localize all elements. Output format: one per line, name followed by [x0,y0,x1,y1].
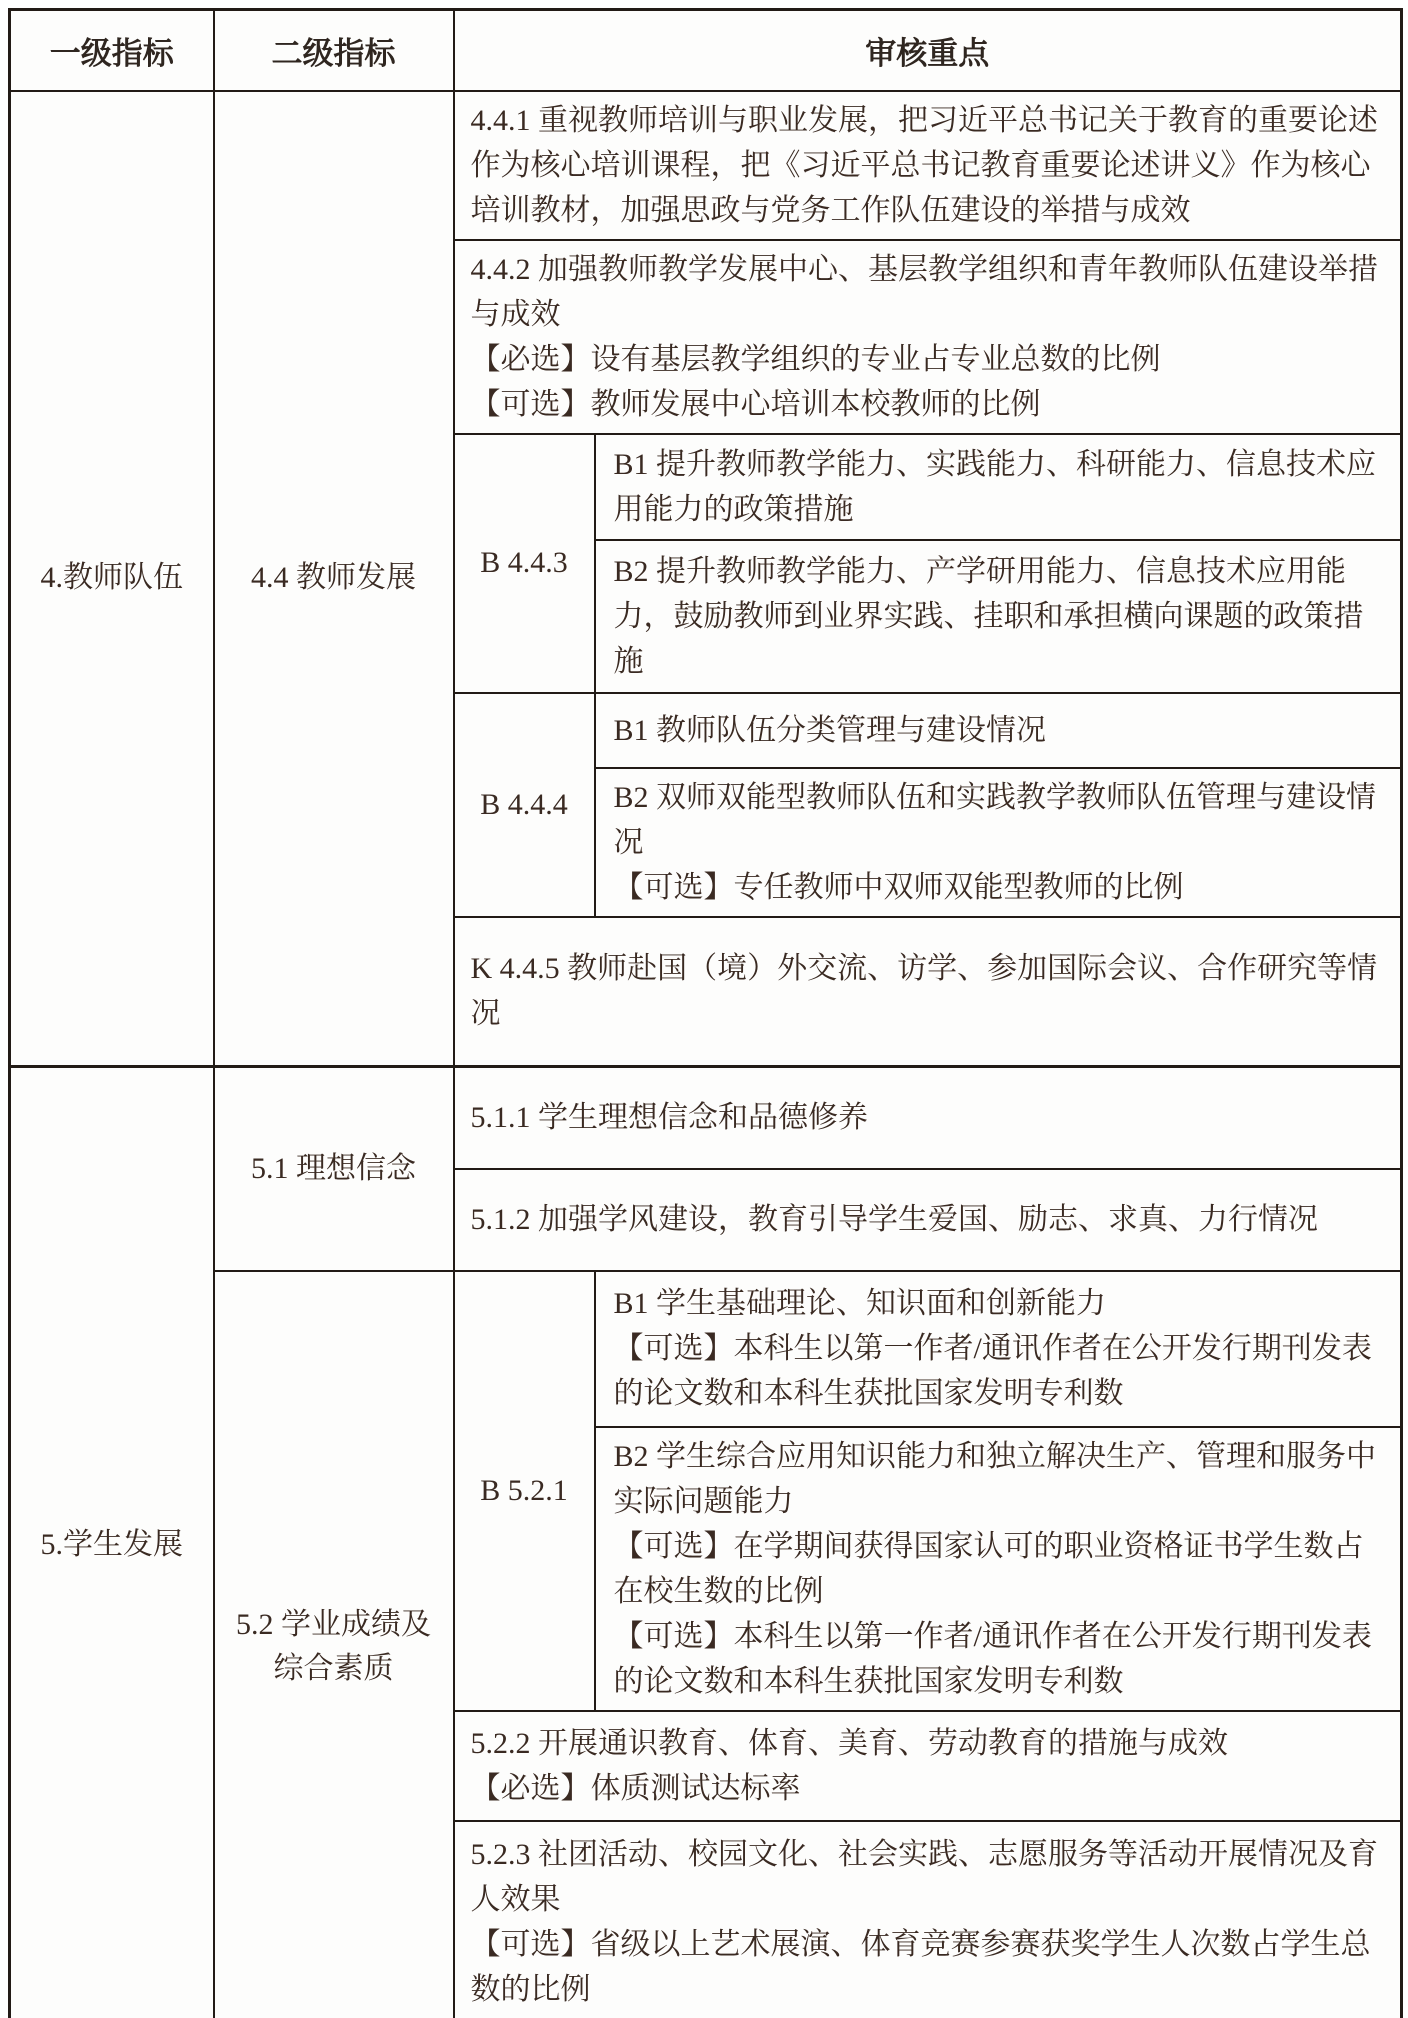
row-521-b1: 5.2 学业成绩及 综合素质 B 5.2.1 B1 学生基础理论、知识面和创新能… [10,1271,1402,1427]
audit-item-521-b2: B2 学生综合应用知识能力和独立解决生产、管理和服务中实际问题能力 【可选】在学… [595,1427,1402,1711]
audit-item-445: K 4.4.5 教师赴国（境）外交流、访学、参加国际会议、合作研究等情况 [454,917,1402,1067]
header-level1-indicator: 一级指标 [10,10,214,91]
audit-item-443-b1: B1 提升教师教学能力、实践能力、科研能力、信息技术应用能力的政策措施 [595,434,1402,540]
audit-item-441: 4.4.1 重视教师培训与职业发展，把习近平总书记关于教育的重要论述作为核心培训… [454,91,1402,240]
level1-teacher-team: 4.教师队伍 [10,91,214,1067]
audit-item-444-b1: B1 教师队伍分类管理与建设情况 [595,693,1402,768]
header-level2-indicator: 二级指标 [214,10,454,91]
audit-item-522: 5.2.2 开展通识教育、体育、美育、劳动教育的措施与成效 【必选】体质测试达标… [454,1711,1402,1821]
label-b443: B 4.4.3 [454,434,595,693]
header-audit-focus: 审核重点 [454,10,1402,91]
label-b521: B 5.2.1 [454,1271,595,1711]
row-511: 5.学生发展 5.1 理想信念 5.1.1 学生理想信念和品德修养 [10,1067,1402,1169]
level1-student-development: 5.学生发展 [10,1067,214,2018]
review-focus-table: 一级指标 二级指标 审核重点 4.教师队伍 4.4 教师发展 4.4.1 重视教… [8,8,1403,2018]
row-441: 4.教师队伍 4.4 教师发展 4.4.1 重视教师培训与职业发展，把习近平总书… [10,91,1402,240]
level2-teacher-development: 4.4 教师发展 [214,91,454,1067]
label-b444: B 4.4.4 [454,693,595,917]
table-header-row: 一级指标 二级指标 审核重点 [10,10,1402,91]
audit-item-523: 5.2.3 社团活动、校园文化、社会实践、志愿服务等活动开展情况及育人效果 【可… [454,1821,1402,2018]
level2-academic-quality: 5.2 学业成绩及 综合素质 [214,1271,454,2018]
level2-ideals-beliefs: 5.1 理想信念 [214,1067,454,1271]
audit-item-521-b1: B1 学生基础理论、知识面和创新能力 【可选】本科生以第一作者/通讯作者在公开发… [595,1271,1402,1427]
audit-item-444-b2: B2 双师双能型教师队伍和实践教学教师队伍管理与建设情况 【可选】专任教师中双师… [595,768,1402,917]
audit-item-442: 4.4.2 加强教师教学发展中心、基层教学组织和青年教师队伍建设举措与成效 【必… [454,240,1402,434]
audit-item-443-b2: B2 提升教师教学能力、产学研用能力、信息技术应用能力，鼓励教师到业界实践、挂职… [595,540,1402,693]
audit-item-512: 5.1.2 加强学风建设，教育引导学生爱国、励志、求真、力行情况 [454,1169,1402,1271]
audit-item-511: 5.1.1 学生理想信念和品德修养 [454,1067,1402,1169]
